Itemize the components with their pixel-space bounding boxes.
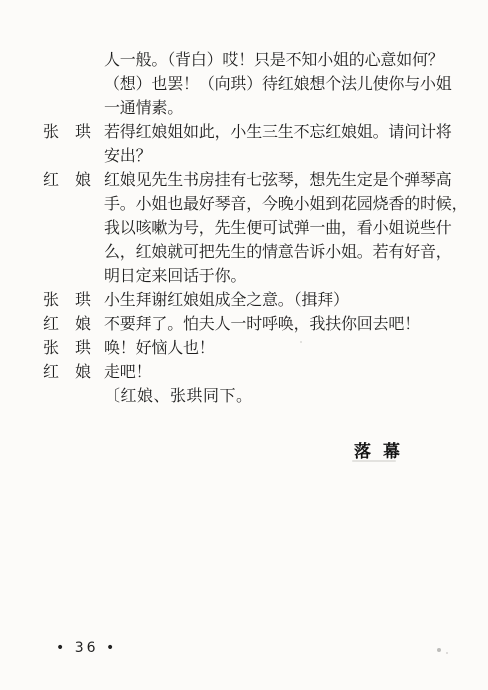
- dialogue-lines: 人一般。（背白）哎！只是不知小姐的心意如何？（想）也罢！（向珙）待红娘想个法儿使…: [104, 48, 464, 120]
- dialogue-line: 红娘见先生书房挂有七弦琴，想先生定是个弹琴高: [104, 168, 464, 192]
- dialogue-line: 一通情素。: [104, 96, 464, 120]
- dialogue-line: 走吧！: [104, 360, 464, 384]
- dialogue-lines: 〔红娘、张珙同下。: [104, 384, 464, 408]
- speaker-label: 红 娘: [43, 312, 104, 336]
- curtain-label: 落幕: [354, 437, 412, 462]
- stage-direction-line: 〔红娘、张珙同下。: [104, 384, 464, 408]
- scan-speck: [446, 652, 448, 654]
- speaker-label: 红 娘: [43, 168, 104, 192]
- dialogue-entry: 红 娘不要拜了。怕夫人一时呼唤，我扶你回去吧！: [43, 312, 488, 336]
- dialogue-line: 么，红娘就可把先生的情意告诉小姐。若有好音，: [104, 240, 464, 264]
- stage-direction: 〔红娘、张珙同下。: [43, 384, 488, 408]
- scan-speck: [437, 648, 441, 652]
- dialogue-entry: 张 珙若得红娘姐如此，小生三生不忘红娘姐。请问计将安出？: [43, 120, 488, 168]
- dialogue-line: 不要拜了。怕夫人一时呼唤，我扶你回去吧！: [104, 312, 464, 336]
- scan-speck: [300, 341, 302, 343]
- speaker-label: 红 娘: [43, 360, 104, 384]
- speaker-label: 张 珙: [43, 336, 104, 360]
- dialogue-lines: 唤！好恼人也！: [104, 336, 464, 360]
- dialogue-line: 明日定来回话于你。: [104, 264, 464, 288]
- scan-smudge: [352, 460, 396, 462]
- dialogue-lines: 红娘见先生书房挂有七弦琴，想先生定是个弹琴高手。小姐也最好琴音，今晚小姐到花园烧…: [104, 168, 464, 288]
- dialogue-lines: 小生拜谢红娘姐成全之意。（揖拜）: [104, 288, 464, 312]
- dialogue-line: 唤！好恼人也！: [104, 336, 464, 360]
- scanned-page: 人一般。（背白）哎！只是不知小姐的心意如何？（想）也罢！（向珙）待红娘想个法儿使…: [0, 0, 488, 690]
- dialogue-line: 我以咳嗽为号，先生便可试弹一曲，看小姐说些什: [104, 216, 464, 240]
- dialogue-lines: 若得红娘姐如此，小生三生不忘红娘姐。请问计将安出？: [104, 120, 464, 168]
- dialogue-lines: 不要拜了。怕夫人一时呼唤，我扶你回去吧！: [104, 312, 464, 336]
- dialogue-line: 手。小姐也最好琴音，今晚小姐到花园烧香的时候，: [104, 192, 464, 216]
- dialogue-line: 安出？: [104, 144, 464, 168]
- dialogue-line: 若得红娘姐如此，小生三生不忘红娘姐。请问计将: [104, 120, 464, 144]
- dialogue-entry: 张 珙小生拜谢红娘姐成全之意。（揖拜）: [43, 288, 488, 312]
- dialogue-lines: 走吧！: [104, 360, 464, 384]
- dialogue-line: 人一般。（背白）哎！只是不知小姐的心意如何？: [104, 48, 464, 72]
- script-block: 人一般。（背白）哎！只是不知小姐的心意如何？（想）也罢！（向珙）待红娘想个法儿使…: [0, 48, 488, 408]
- page-number: • 36 •: [56, 640, 117, 656]
- dialogue-entry: 人一般。（背白）哎！只是不知小姐的心意如何？（想）也罢！（向珙）待红娘想个法儿使…: [43, 48, 488, 120]
- dialogue-entry: 红 娘走吧！: [43, 360, 488, 384]
- dialogue-entry: 红 娘红娘见先生书房挂有七弦琴，想先生定是个弹琴高手。小姐也最好琴音，今晚小姐到…: [43, 168, 488, 288]
- speaker-label: 张 珙: [43, 288, 104, 312]
- speaker-label: 张 珙: [43, 120, 104, 144]
- dialogue-entry: 张 珙唤！好恼人也！: [43, 336, 488, 360]
- dialogue-line: 小生拜谢红娘姐成全之意。（揖拜）: [104, 288, 464, 312]
- dialogue-line: （想）也罢！（向珙）待红娘想个法儿使你与小姐: [104, 72, 464, 96]
